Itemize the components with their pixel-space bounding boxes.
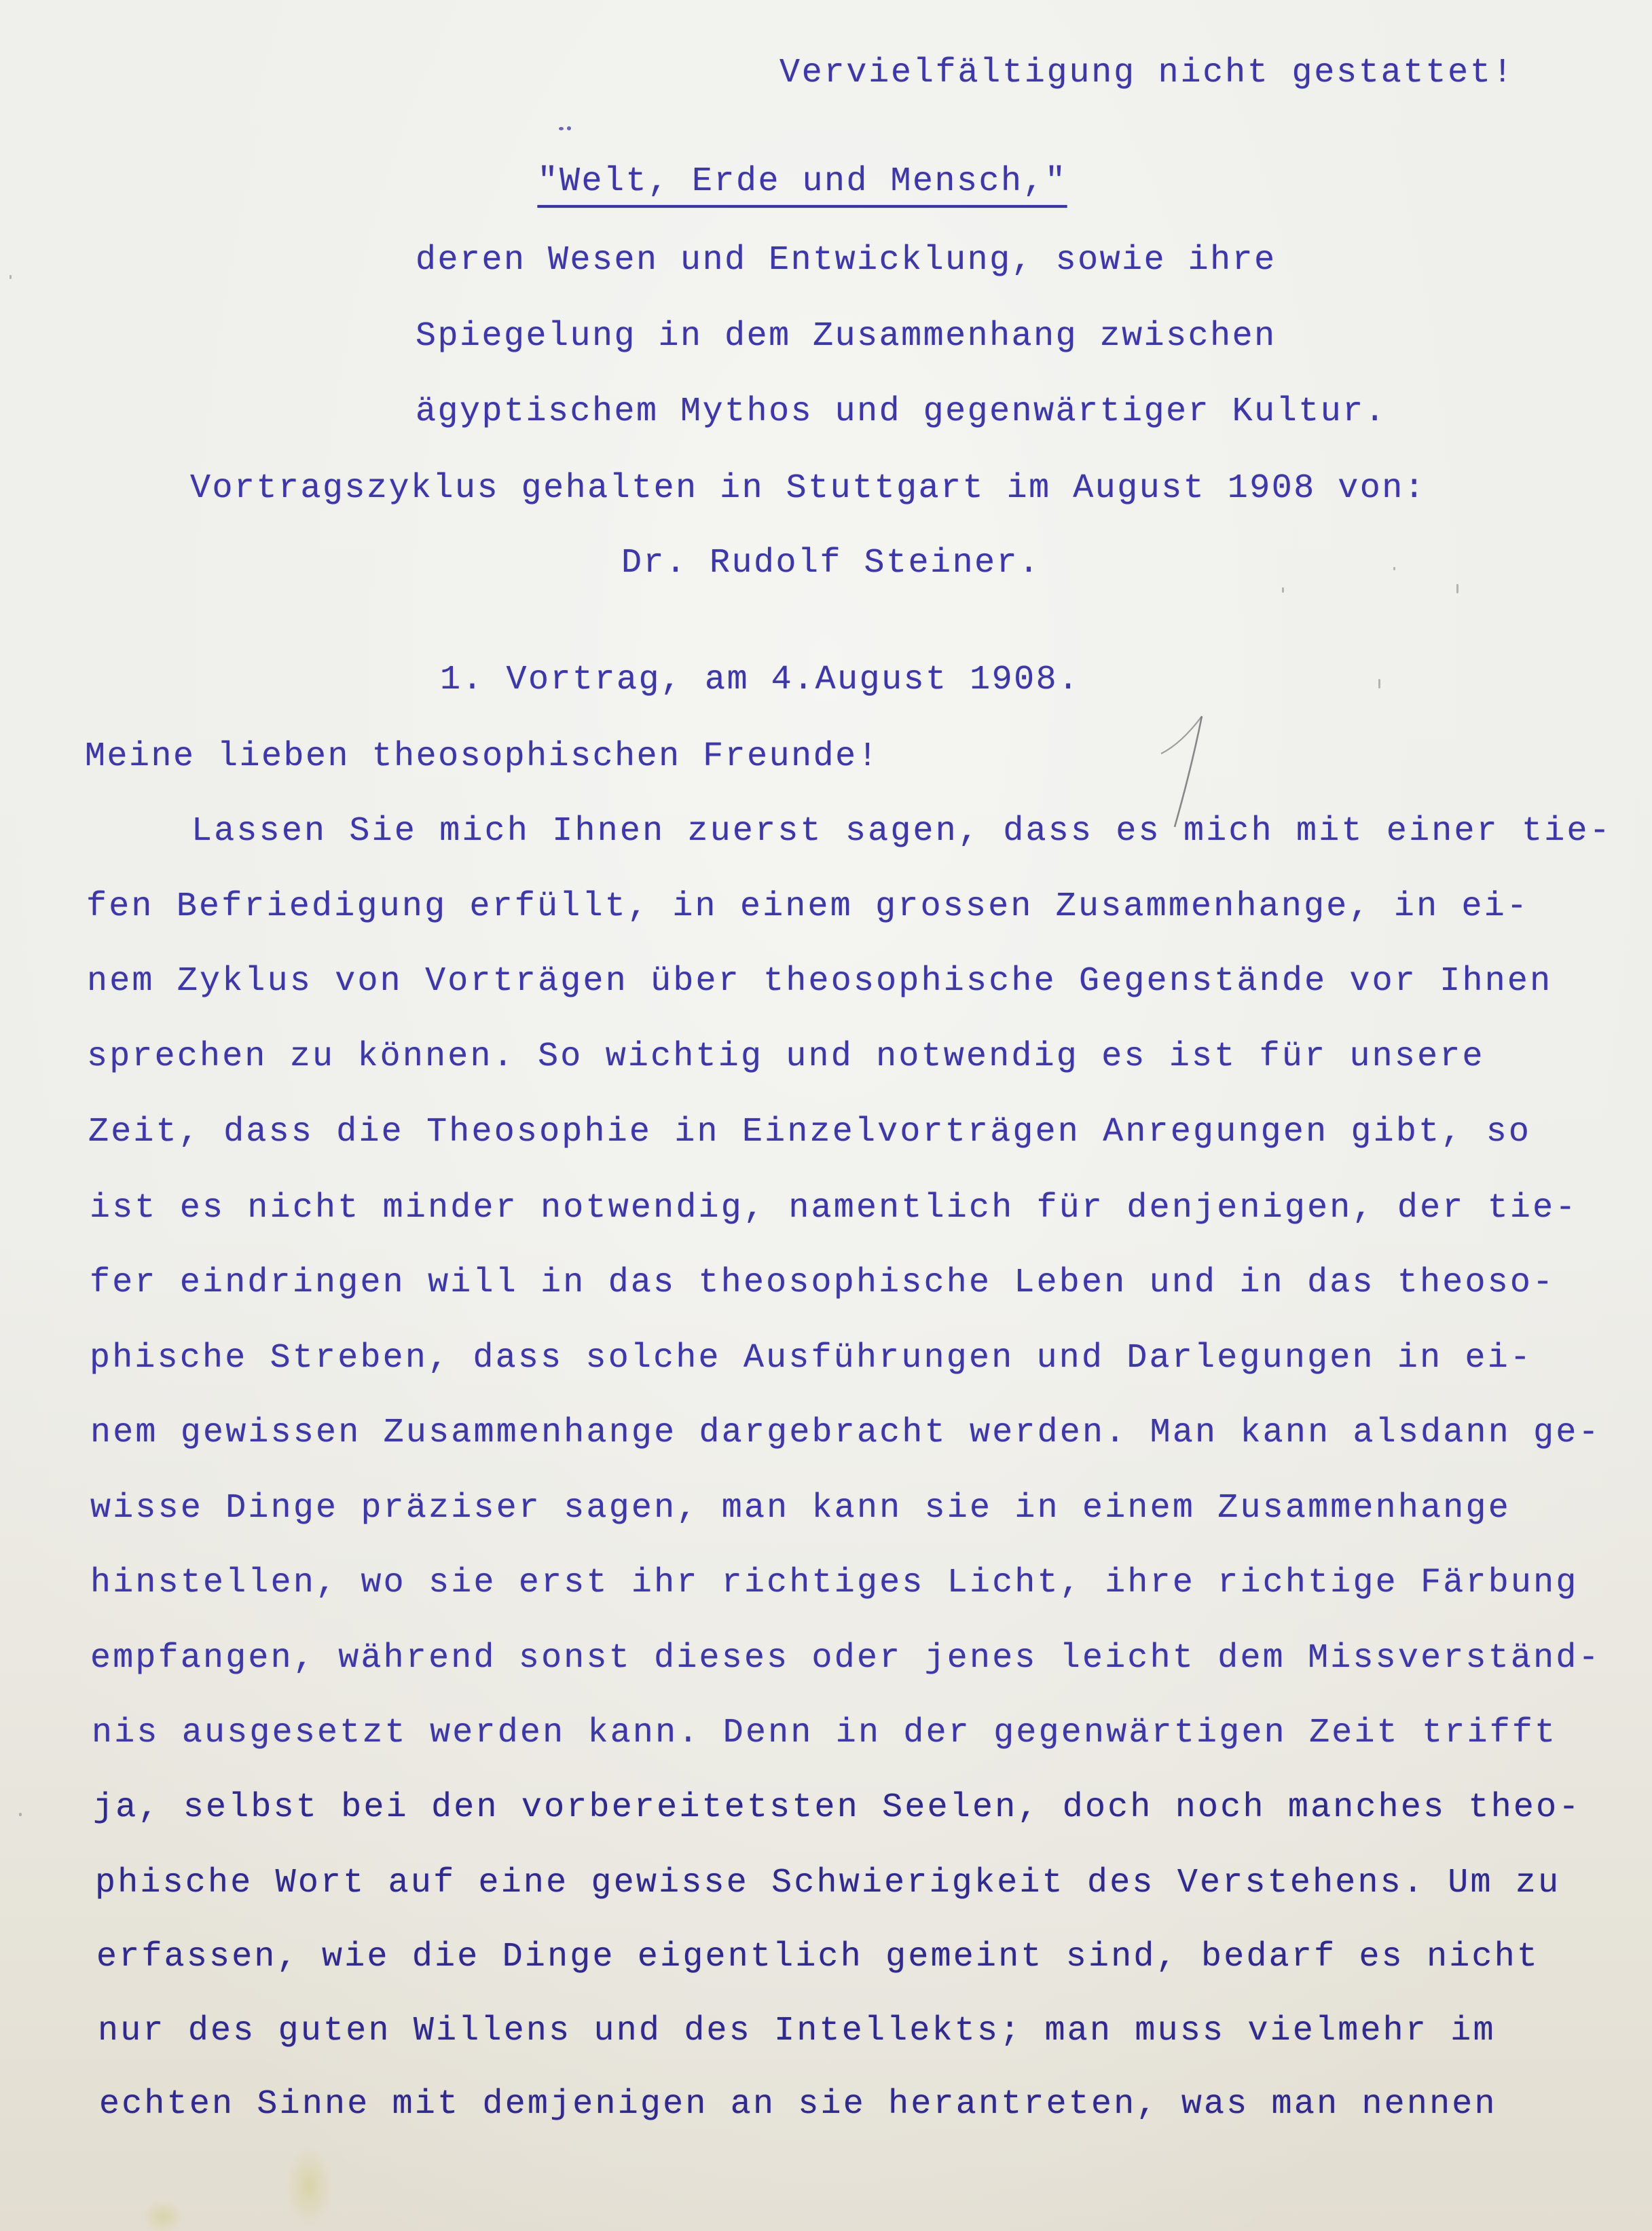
paper-speck bbox=[1393, 567, 1395, 570]
ink-speck bbox=[559, 127, 564, 130]
body-line: Lassen Sie mich Ihnen zuerst sagen, dass… bbox=[191, 811, 1612, 852]
lecture-heading: 1. Vortrag, am 4.August 1908. bbox=[440, 660, 1080, 701]
paper-stain bbox=[285, 2145, 333, 2227]
subtitle-line-3: ägyptischem Mythos und gegenwärtiger Kul… bbox=[416, 392, 1387, 432]
body-line: ist es nicht minder notwendig, namentlic… bbox=[90, 1188, 1578, 1229]
paper-speck bbox=[1456, 584, 1458, 593]
ink-speck bbox=[567, 126, 571, 130]
salutation: Meine lieben theosophischen Freunde! bbox=[85, 737, 879, 777]
body-line: empfangen, während sonst dieses oder jen… bbox=[90, 1638, 1601, 1679]
lecture-cycle-line: Vortragszyklus gehalten in Stuttgart im … bbox=[190, 468, 1426, 509]
body-line: wisse Dinge präziser sagen, man kann sie… bbox=[90, 1488, 1511, 1529]
author-name: Dr. Rudolf Steiner. bbox=[621, 543, 1041, 584]
body-line: nis ausgesetzt werden kann. Denn in der … bbox=[92, 1713, 1557, 1754]
subtitle-line-2: Spiegelung in dem Zusammenhang zwischen bbox=[416, 316, 1277, 357]
body-line: fer eindringen will in das theosophische… bbox=[90, 1263, 1555, 1304]
reproduction-notice: Vervielfältigung nicht gestattet! bbox=[779, 53, 1515, 94]
body-line: hinstellen, wo sie erst ihr richtiges Li… bbox=[90, 1563, 1579, 1604]
body-line: nur des guten Willens und des Intellekts… bbox=[98, 2011, 1496, 2052]
paper-speck bbox=[19, 1813, 22, 1816]
body-line: sprechen zu können. So wichtig und notwe… bbox=[87, 1037, 1485, 1077]
body-line: Zeit, dass die Theosophie in Einzelvortr… bbox=[88, 1112, 1531, 1153]
paper-stain bbox=[143, 2200, 183, 2231]
body-line: fen Befriedigung erfüllt, in einem gross… bbox=[86, 887, 1529, 927]
body-line: nem Zyklus von Vorträgen über theosophis… bbox=[87, 961, 1552, 1002]
body-line: nem gewissen Zusammenhange dargebracht w… bbox=[90, 1413, 1601, 1454]
body-line: erfassen, wie die Dinge eigentlich gemei… bbox=[96, 1937, 1539, 1978]
body-line: echten Sinne mit demjenigen an sie heran… bbox=[99, 2084, 1497, 2125]
body-line: phische Wort auf eine gewisse Schwierigk… bbox=[95, 1863, 1560, 1904]
typewritten-page: Vervielfältigung nicht gestattet! "Welt,… bbox=[0, 0, 1652, 2231]
document-title: "Welt, Erde und Mensch," bbox=[0, 162, 1628, 202]
paper-speck bbox=[1378, 679, 1380, 688]
subtitle-line-1: deren Wesen und Entwicklung, sowie ihre bbox=[416, 240, 1277, 281]
body-line: ja, selbst bei den vorbereitetsten Seele… bbox=[93, 1788, 1581, 1828]
paper-speck bbox=[1282, 587, 1284, 593]
paper-speck bbox=[10, 275, 12, 279]
body-line: phische Streben, dass solche Ausführunge… bbox=[90, 1338, 1532, 1379]
